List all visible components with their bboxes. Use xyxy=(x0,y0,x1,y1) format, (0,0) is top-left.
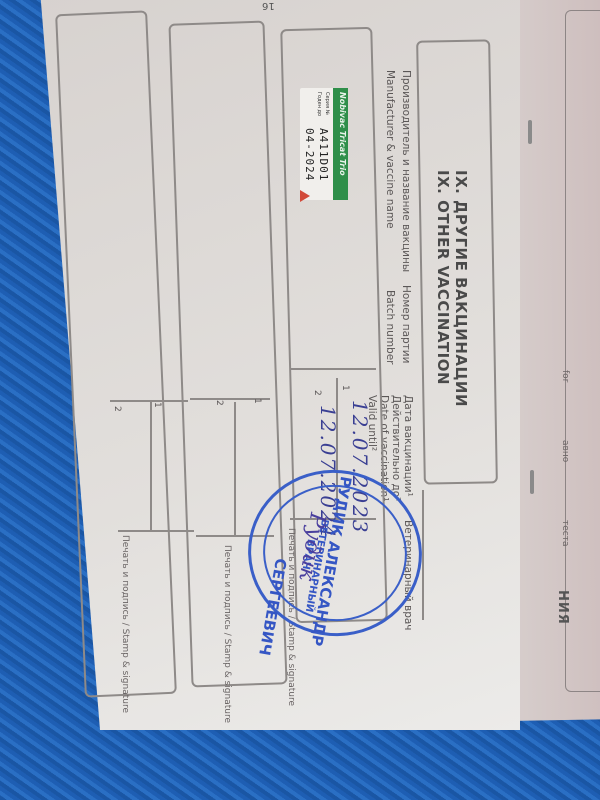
staple xyxy=(528,120,532,144)
vaccine-sticker: Nobivac Tricat Trio Серия № Годен до A41… xyxy=(300,88,348,200)
row-number: 1 xyxy=(152,402,162,408)
entry-3-divider xyxy=(110,400,188,402)
vaccine-brand: Nobivac Tricat Trio xyxy=(338,92,347,176)
next-page-frame xyxy=(565,10,600,692)
entry-2-row-divider xyxy=(234,402,236,537)
row-number: 1 xyxy=(252,398,262,404)
row-number: 1 xyxy=(340,385,350,391)
expiry-date: 04-2024 xyxy=(303,128,316,181)
manufacturer-label-ru: Производитель и название вакцины xyxy=(400,70,412,272)
date-label-ru-1: Дата вакцинации¹ xyxy=(402,395,414,497)
stamp-signature-label: Печать и подпись / Stamp & signature xyxy=(120,535,130,713)
next-page-text: тестa xyxy=(560,520,570,547)
batch-label-ru: Номер партии xyxy=(400,285,412,363)
entry-3-divider xyxy=(118,530,194,532)
row-number: 2 xyxy=(312,390,322,396)
batch-label-en: Batch number xyxy=(384,290,396,365)
page-number: 16 xyxy=(262,0,275,11)
section-title-en: IX. OTHER VACCINATION xyxy=(434,170,452,385)
row-number: 2 xyxy=(214,400,224,406)
manufacturer-label-en: Manufacturer & vaccine name xyxy=(384,70,396,229)
batch-number: A411D01 xyxy=(317,128,330,181)
next-page-text: авно xyxy=(560,440,570,462)
entry-1-divider xyxy=(290,368,376,370)
entry-3-row-divider xyxy=(150,402,152,530)
stamp-signature-label: Печать и подпись / Stamp & signature xyxy=(222,545,232,723)
row-number: 2 xyxy=(112,406,122,412)
next-page-text: for xyxy=(560,370,570,382)
batch-key: Серия № xyxy=(324,92,330,115)
staple xyxy=(530,470,534,494)
next-page-title: НИЯ xyxy=(555,590,570,625)
header-divider xyxy=(422,490,424,620)
date-label-ru-2: Действительно до² xyxy=(390,395,402,501)
section-title-ru: IX. ДРУГИЕ ВАКЦИНАЦИИ xyxy=(452,170,470,407)
expiry-key: Годен до xyxy=(316,92,322,116)
